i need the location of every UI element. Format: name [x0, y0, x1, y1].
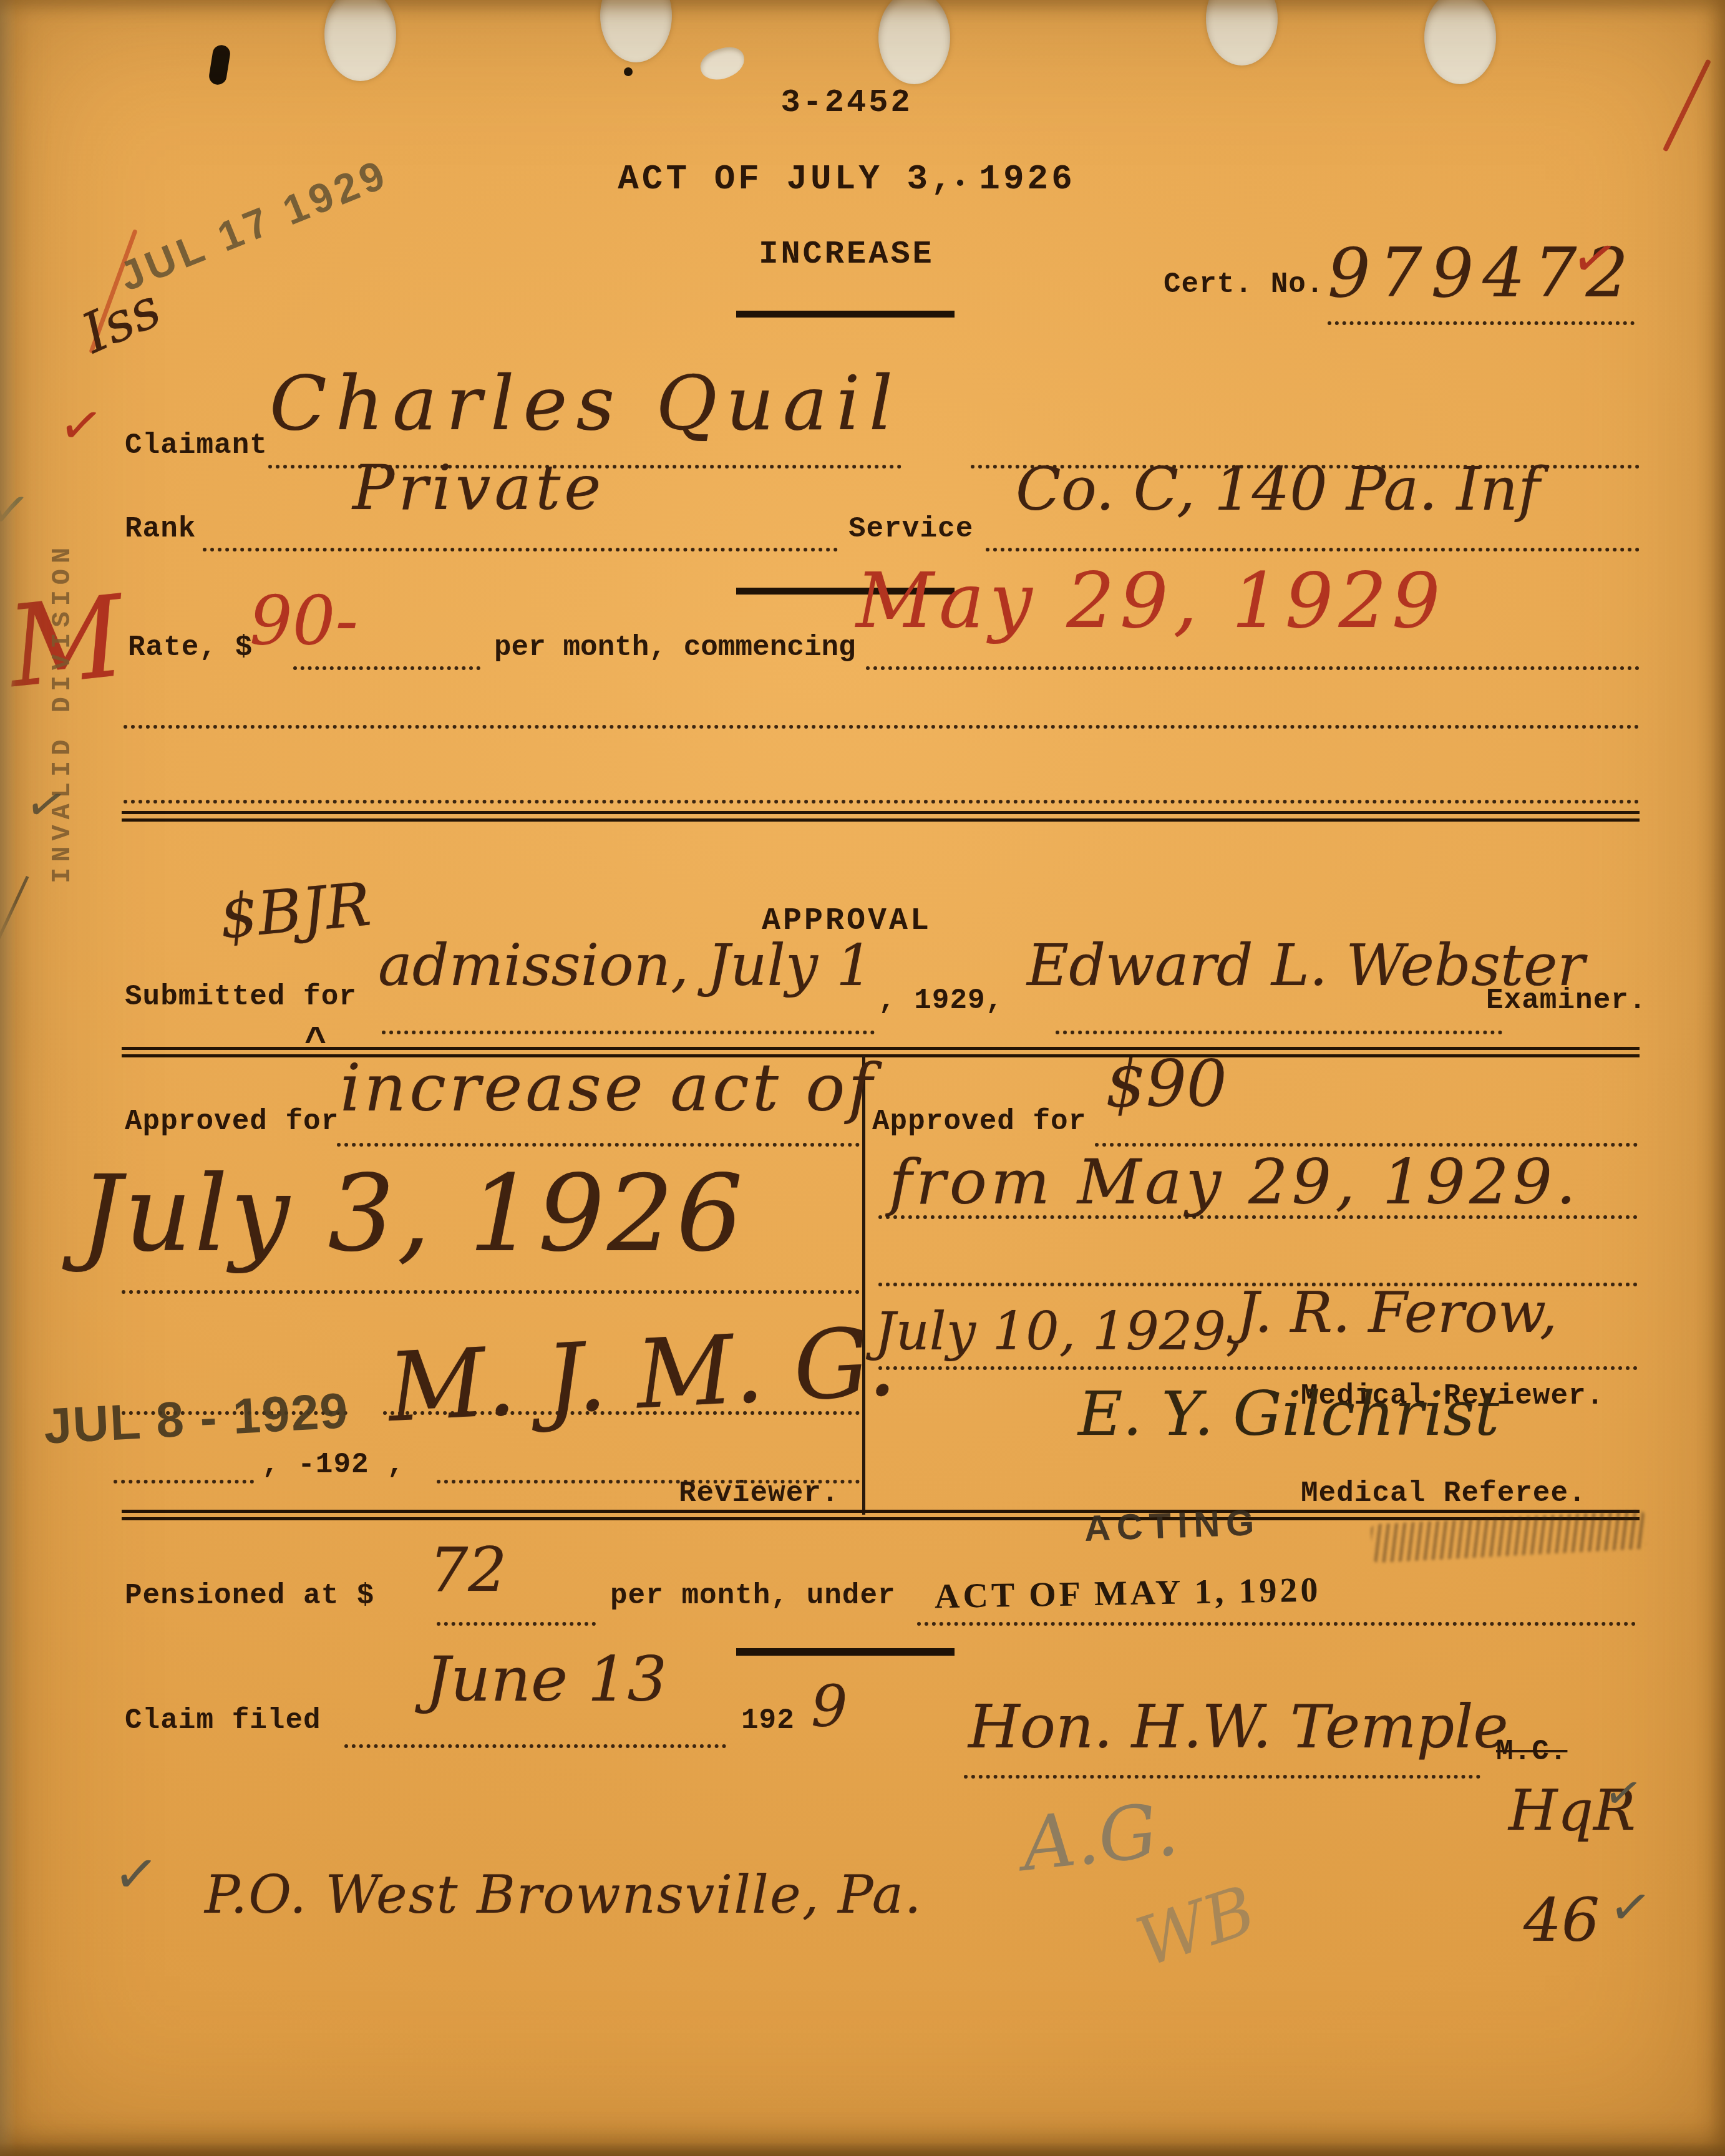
jul-8-1929-stamp: JUL 8 - 1929 [42, 1382, 351, 1455]
dotted-line [122, 1290, 860, 1294]
subtitle-underline [736, 311, 955, 318]
claimant-label: Claimant [125, 429, 268, 462]
ink-speck [624, 67, 633, 76]
claim-filed-label: Claim filed [125, 1704, 321, 1737]
double-rule [122, 1510, 1640, 1520]
dotted-line [878, 1215, 1638, 1219]
congressman-signature: Hon. H.W. Temple [968, 1698, 1509, 1757]
pension-increase-form: 3-2452 ACT OF JULY 3, 1926 INCREASE JUL … [0, 0, 1725, 2156]
dotted-line [878, 1366, 1638, 1370]
page-edge [0, 2142, 1725, 2156]
punch-hole [878, 0, 950, 84]
rank-label: Rank [125, 513, 196, 545]
red-check-icon: ✓ [56, 397, 106, 455]
inserted-initials: $BJR [217, 875, 373, 948]
pensioned-amount: 72 [429, 1540, 507, 1601]
dotted-line [986, 548, 1640, 551]
dotted-line [293, 666, 480, 670]
rate-label: Rate, $ [128, 631, 253, 664]
double-rule [122, 811, 1640, 822]
paper-tear [697, 44, 747, 84]
page-edge [0, 0, 16, 2156]
medical-referee-label: Medical Referee. [1301, 1477, 1587, 1510]
dotted-line [124, 800, 1640, 804]
approved-for-value-line1: increase act of [340, 1056, 875, 1121]
wb-initials: WB [1129, 1877, 1263, 1978]
submitted-year: , 1929, [878, 984, 1003, 1017]
insertion-caret: ^ [304, 1022, 328, 1064]
claimant-value: Charles Quail [270, 367, 901, 442]
approved-for-label-left: Approved for [125, 1105, 339, 1138]
form-number: 3-2452 [0, 84, 1693, 121]
ink-blot [208, 44, 231, 86]
claim-year-prefix: 192 [741, 1704, 795, 1737]
reviewer-label: Reviewer. [679, 1477, 839, 1510]
submitted-value: admission, July 1 [378, 937, 873, 994]
dotted-line [337, 1143, 860, 1147]
section-rule [736, 1648, 955, 1656]
po-address: P.O. West Brownsville, Pa. [205, 1868, 923, 1921]
issue-note: Iss [75, 279, 168, 361]
medical-referee-signature: E. Y. Gilchrist [1078, 1384, 1499, 1445]
medical-reviewer-signature: J. R. Ferow, [1237, 1285, 1557, 1341]
count-note: 46 [1523, 1890, 1600, 1950]
dotted-line [344, 1744, 726, 1748]
dotted-line [1056, 1031, 1502, 1034]
rate-unit-label: per month, commencing [494, 631, 856, 664]
rate-commencing-date: May 29, 1929 [856, 563, 1446, 639]
reviewer-signature: M. J. M. G. [386, 1314, 898, 1435]
rank-value: Private [352, 457, 605, 519]
cert-number-label: Cert. No. [1164, 268, 1324, 301]
dotted-line [866, 666, 1640, 670]
approved-for-value-line2: July 3, 1926 [80, 1162, 746, 1266]
mc-label: M.C. [1496, 1736, 1567, 1768]
dotted-line [114, 1480, 254, 1483]
dotted-line [437, 1622, 596, 1626]
medical-review-date: July 10, 1929, [875, 1305, 1243, 1357]
dotted-line [124, 725, 1640, 729]
examiner-label: Examiner. [1486, 984, 1646, 1017]
approved-from: from May 29, 1929. [889, 1151, 1580, 1213]
service-label: Service [848, 513, 973, 545]
rate-value: 90- [250, 588, 358, 655]
pencil-check-icon: ✓ [1606, 1880, 1655, 1936]
punch-hole [324, 0, 396, 81]
year-blank-label: , -192 , [262, 1449, 405, 1481]
per-month-under-label: per month, under [610, 1580, 896, 1612]
dotted-line [382, 1031, 875, 1034]
punch-hole [1206, 0, 1278, 66]
pencil-check-icon: ✓ [111, 1845, 162, 1903]
punch-hole [600, 0, 672, 62]
invalid-division-stamp: INVALID DIVISION [47, 644, 77, 883]
submitted-label: Submitted for [125, 981, 357, 1013]
approved-amount: $90 [1105, 1053, 1227, 1117]
dotted-line [964, 1775, 1480, 1779]
approved-for-label-right: Approved for [872, 1105, 1086, 1138]
act-of-may-stamp: ACT OF MAY 1, 1920 [934, 1570, 1321, 1617]
acting-stamp: ACTING [1084, 1502, 1261, 1550]
service-value: Co. C, 140 Pa. Inf [1016, 460, 1540, 520]
pensioned-label: Pensioned at $ [125, 1580, 374, 1612]
punch-hole [1424, 0, 1496, 84]
form-title: ACT OF JULY 3, 1926 [0, 159, 1693, 199]
claim-year-digit: 9 [811, 1678, 848, 1736]
dotted-line [917, 1622, 1636, 1626]
dotted-line [1328, 321, 1635, 325]
claim-filed-date: June 13 [425, 1648, 667, 1711]
pencil-check-icon: ✓ [1601, 1767, 1646, 1818]
ag-initials: A.G. [1019, 1792, 1182, 1882]
dotted-line [203, 548, 838, 551]
